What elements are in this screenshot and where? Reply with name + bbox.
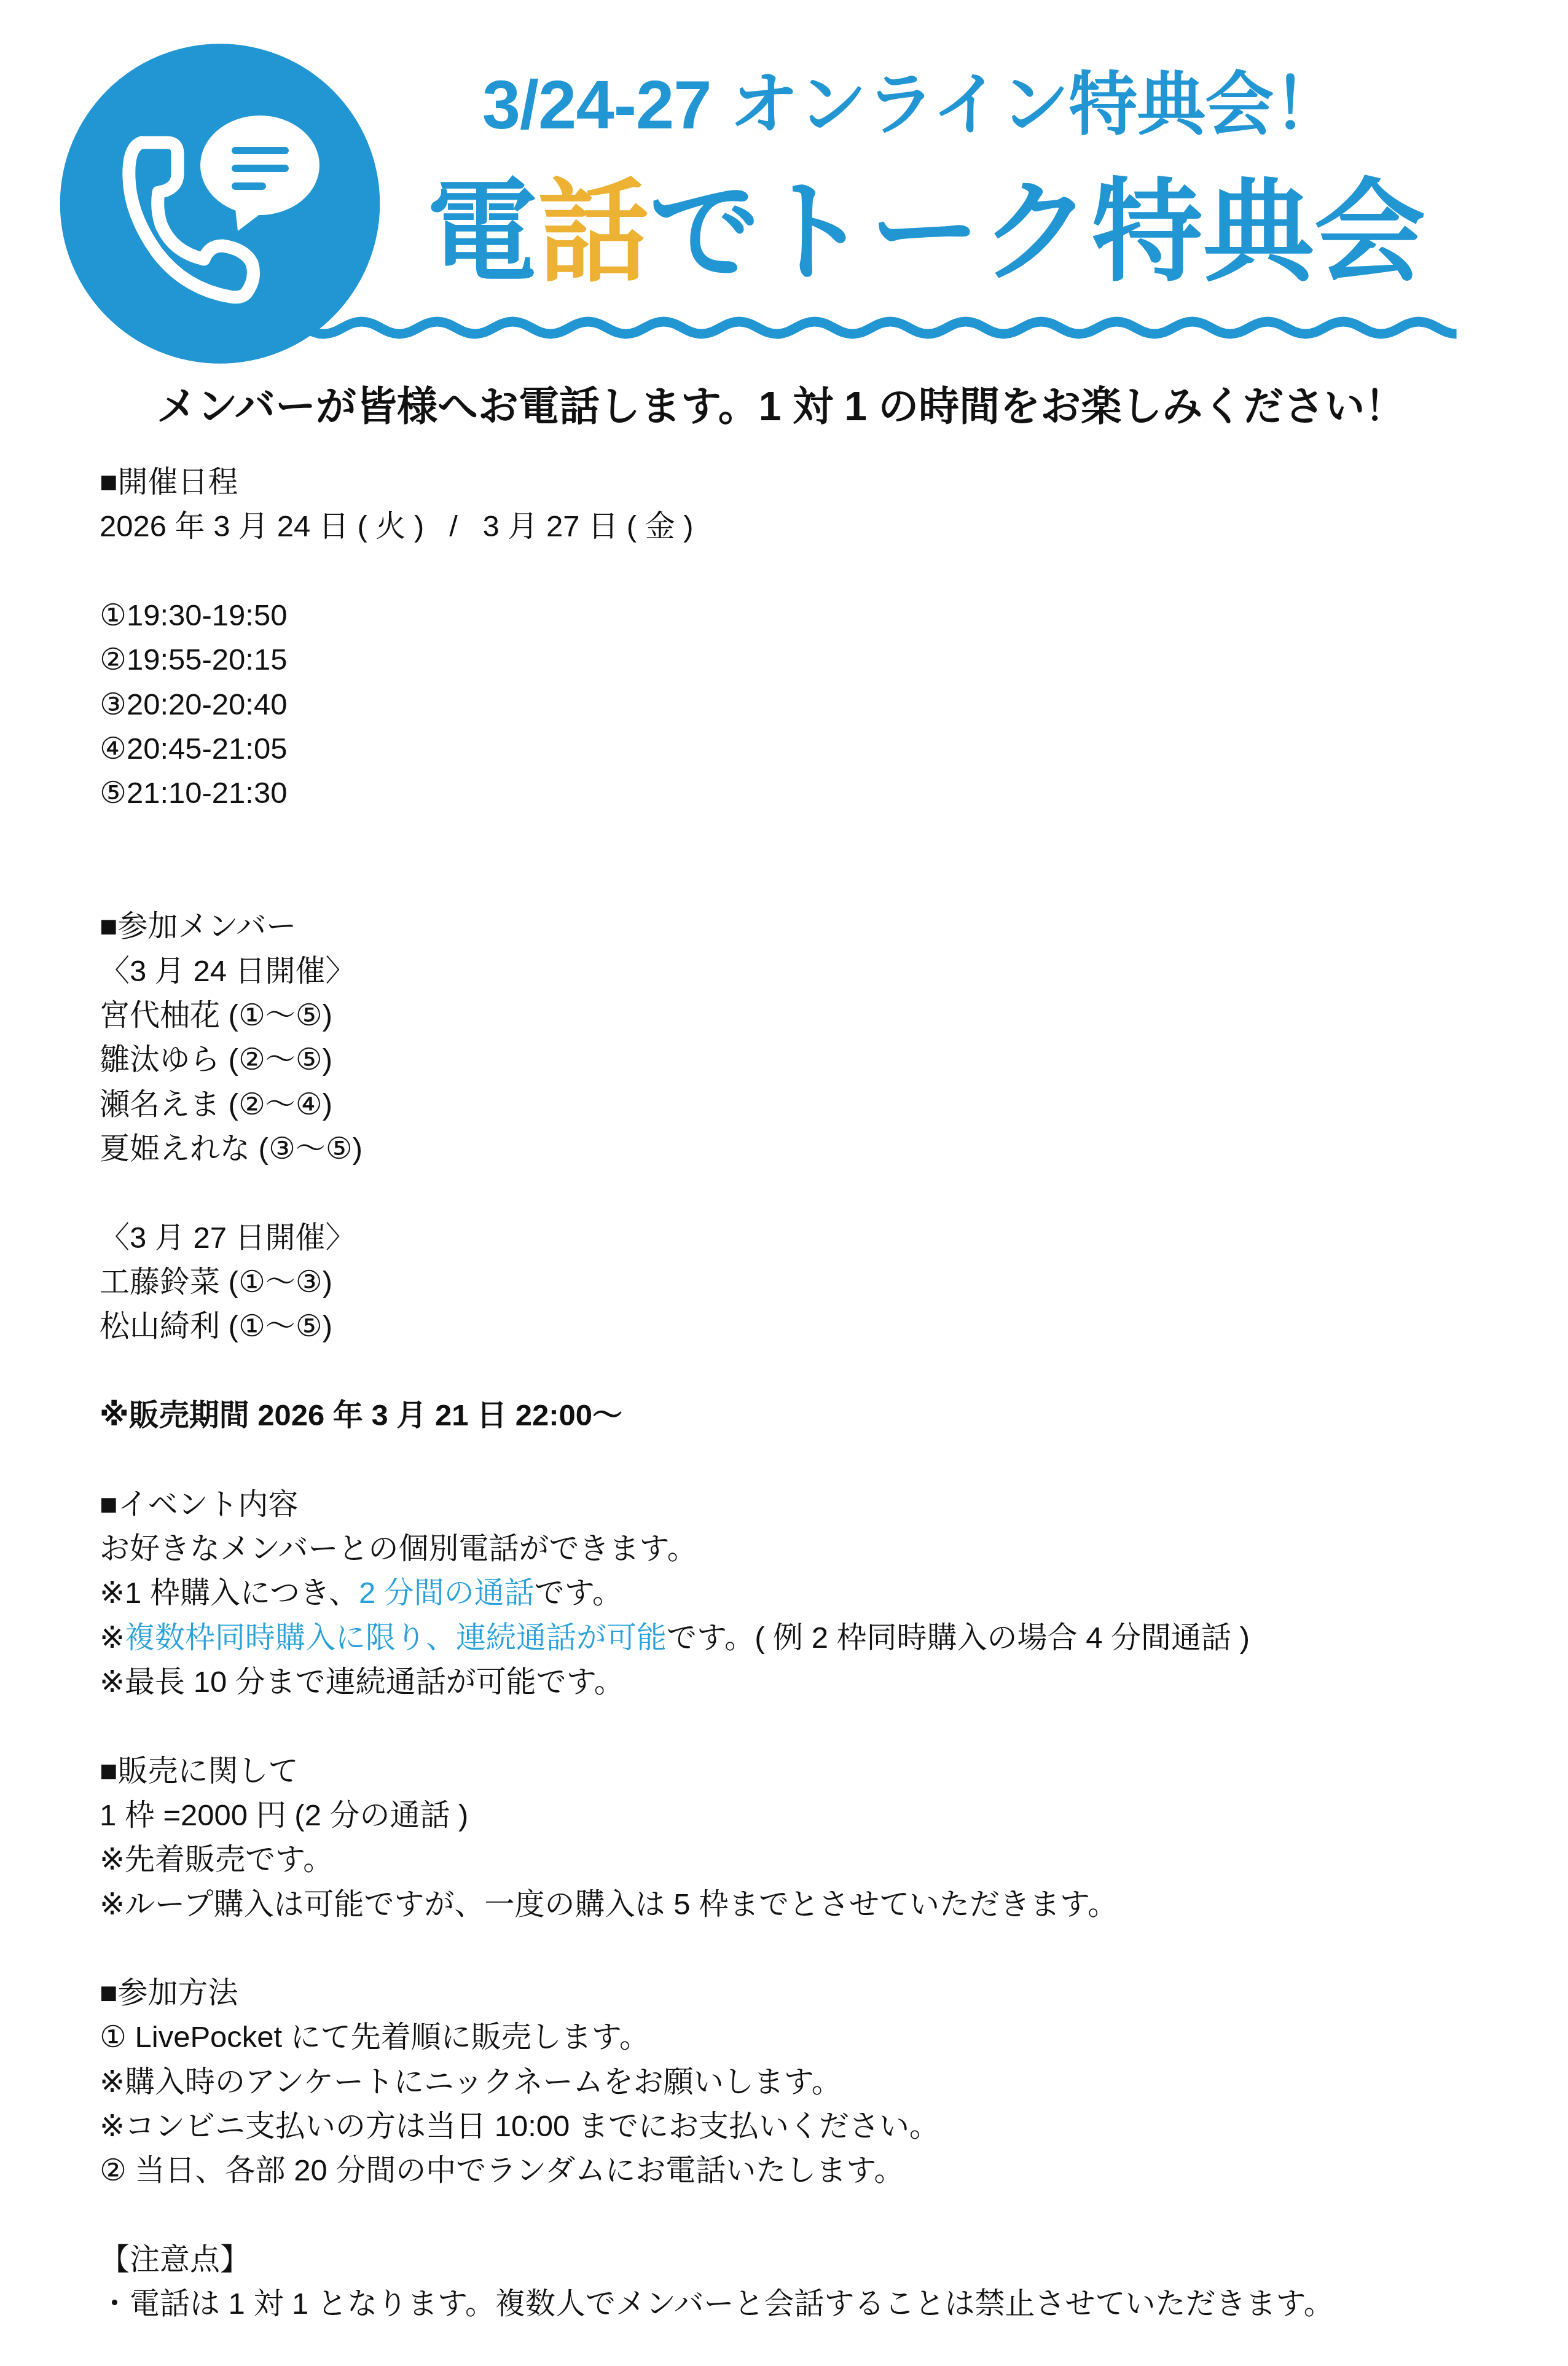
event-content-section: ■イベント内容 お好きなメンバーとの個別電話ができます。 ※1 枠購入につき、2… [100,1483,1513,1749]
main-title-part-2: 話 [538,170,649,294]
schedule-section: ■開催日程 2026 年 3 月 24 日 ( 火 ) / 3 月 27 日 (… [100,460,1513,904]
content-item: お好きなメンバーとの個別電話ができます。 [100,1527,1513,1571]
wave-divider [286,322,1457,334]
content-text: です。( 例 2 枠同時購入の場合 4 分間通話 ) [667,1621,1250,1655]
event-dates: 2026 年 3 月 24 日 ( 火 ) / 3 月 27 日 ( 金 ) [100,504,1513,549]
subtitle: メンバーが皆様へお電話します。1 対 1 の時間をお楽しみください！ [0,382,1562,431]
event-details: ■開催日程 2026 年 3 月 24 日 ( 火 ) / 3 月 27 日 (… [100,460,1513,2327]
notes-section: 【注意点】 ・電話は 1 対 1 となります。複数人でメンバーと会話することは禁… [100,2238,1513,2327]
blank-line [100,1927,1513,1971]
member-item: 夏姫えれな (③〜⑤) [100,1127,1513,1171]
blank-line [100,2193,1513,2238]
blank-line [100,1349,1513,1393]
member-item: 工藤鈴菜 (①〜③) [100,1260,1513,1304]
blank-line [100,860,1513,904]
highlighted-text: 2 分間の通話 [359,1577,535,1610]
main-title: 電話でトーク特典会 [312,177,1540,288]
section-heading-event-content: ■イベント内容 [100,1483,1513,1527]
sales-note: ※先着販売です。 [100,1838,1513,1882]
blank-line [100,1438,1513,1482]
day-label: 〈3 月 24 日開催〉 [100,949,1513,993]
members-section: ■参加メンバー 〈3 月 24 日開催〉 宮代柚花 (①〜⑤) 雛汰ゆら (②〜… [100,904,1513,1393]
content-item: ※1 枠購入につき、2 分間の通話です。 [100,1571,1513,1615]
time-slot: ①19:30-19:50 [100,593,1513,638]
participation-section: ■参加方法 ① LivePocket にて先着順に販売します。 ※購入時のアンケ… [100,1971,1513,2238]
main-title-part-3: でトーク特典会 [649,170,1425,294]
day-label: 〈3 月 27 日開催〉 [100,1216,1513,1260]
content-text: お好きなメンバーとの個別電話ができます。 [100,1532,697,1565]
note-item: ・電話は 1 対 1 となります。複数人でメンバーと会話することは禁止させていた… [100,2282,1513,2326]
main-title-part-1: 電 [426,170,538,294]
section-heading-participation: ■参加方法 [100,1971,1513,2015]
member-item: 雛汰ゆら (②〜⑤) [100,1038,1513,1082]
section-heading-notes: 【注意点】 [100,2238,1513,2282]
blank-line [100,1704,1513,1749]
highlighted-text: 複数枠同時購入に限り、連続通話が可能 [125,1621,667,1655]
participation-step: ① LivePocket にて先着順に販売します。 [100,2015,1513,2059]
content-text: ※1 枠購入につき、 [100,1577,359,1610]
content-text: ※ [100,1621,125,1655]
member-item: 松山綺利 (①〜⑤) [100,1304,1513,1349]
time-slot: ⑤21:10-21:30 [100,771,1513,815]
participation-note: ※購入時のアンケートにニックネームをお願いします。 [100,2060,1513,2104]
section-heading-schedule: ■開催日程 [100,460,1513,504]
content-text: ※最長 10 分まで連続通話が可能です。 [100,1666,624,1699]
time-slot: ②19:55-20:15 [100,638,1513,682]
member-item: 宮代柚花 (①〜⑤) [100,993,1513,1038]
content-item: ※最長 10 分まで連続通話が可能です。 [100,1660,1513,1704]
section-heading-members: ■参加メンバー [100,904,1513,949]
blank-line [100,816,1513,860]
time-slot: ③20:20-20:40 [100,683,1513,727]
participation-step: ② 当日、各部 20 分間の中でランダムにお電話いたします。 [100,2149,1513,2193]
sale-period-notice: ※販売期間 2026 年 3 月 21 日 22:00〜 [100,1393,1513,1438]
price-info: 1 枠 =2000 円 (2 分の通話 ) [100,1793,1513,1838]
event-date-title: 3/24-27 オンライン特典会！ [297,71,1526,139]
blank-line [100,549,1513,593]
flyer-page: 3/24-27 オンライン特典会！ 電話でトーク特典会 メンバーが皆様へお電話し… [0,0,1568,2366]
sales-note: ※ループ購入は可能ですが、一度の購入は 5 枠までとさせていただきます。 [100,1882,1513,1927]
content-text: です。 [535,1577,622,1610]
time-slot: ④20:45-21:05 [100,727,1513,771]
sales-section: ■販売に関して 1 枠 =2000 円 (2 分の通話 ) ※先着販売です。 ※… [100,1749,1513,1972]
blank-line [100,1171,1513,1215]
section-heading-sales: ■販売に関して [100,1749,1513,1793]
content-item: ※複数枠同時購入に限り、連続通話が可能です。( 例 2 枠同時購入の場合 4 分… [100,1616,1513,1660]
participation-note: ※コンビニ支払いの方は当日 10:00 までにお支払いください。 [100,2104,1513,2149]
member-item: 瀬名えま (②〜④) [100,1083,1513,1127]
